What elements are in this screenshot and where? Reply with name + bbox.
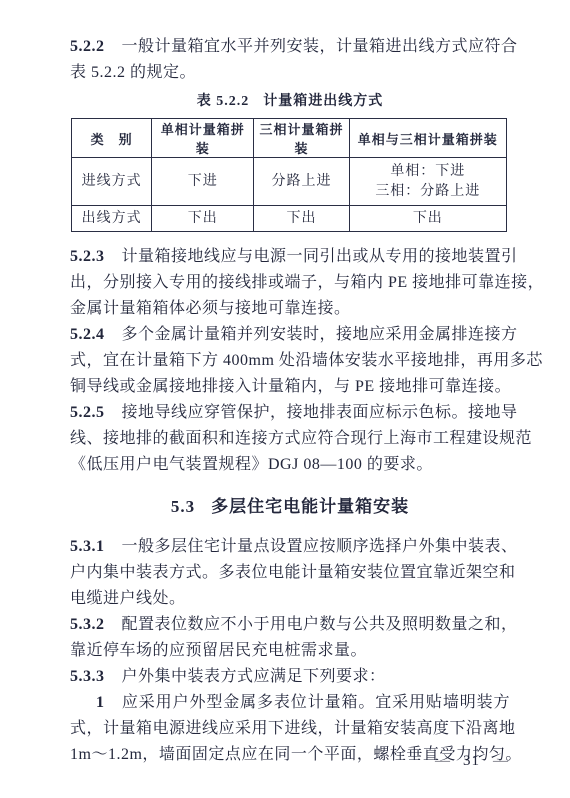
- clause-5.2.5: 5.2.5接地导线应穿管保护，接地排表面应标示色标。接地导线、接地排的截面积和连…: [70, 400, 510, 478]
- cell-text: 下出: [154, 209, 251, 229]
- clause-text: 应采用户外型金属多表位计量箱。宜采用贴墙明装方: [122, 694, 511, 711]
- text-line: 靠近停车场的应预留居民充电桩需求量。: [70, 638, 510, 664]
- column-header: 单相与三相计量箱拼装: [349, 119, 506, 158]
- text-line: 5.3.3户外集中装表方式应满足下列要求：: [70, 664, 510, 690]
- clause-text: 出，分别接入专用的接线排或端子，与箱内 PE 接地排可靠连接，: [70, 274, 544, 291]
- page-content: 5.2.2一般计量箱宜水平并列安装，计量箱进出线方式应符合表 5.2.2 的规定…: [70, 34, 510, 768]
- footer-right-dash: —: [493, 753, 508, 770]
- clause-number: 5.3.2: [70, 616, 105, 633]
- table-cell: 下出: [152, 206, 254, 232]
- clause-text: 一般多层住宅计量点设置应按顺序选择户外集中装表、: [122, 538, 518, 555]
- text-line: 式，计量箱电源进线应采用下进线，计量箱安装高度下沿离地: [70, 716, 510, 742]
- page-number: 31: [463, 753, 480, 770]
- text-line: 5.3.1一般多层住宅计量点设置应按顺序选择户外集中装表、: [70, 534, 510, 560]
- table-bottom-spacer: [70, 232, 510, 244]
- clause-5.3.1: 5.3.1一般多层住宅计量点设置应按顺序选择户外集中装表、户内集中装表方式。多表…: [70, 534, 510, 612]
- table-cell: 单相：下进三相：分路上进: [349, 158, 506, 206]
- text-line: 《低压用户电气装置规程》DGJ 08—100 的要求。: [70, 452, 510, 478]
- text-line: 5.2.2一般计量箱宜水平并列安装，计量箱进出线方式应符合: [70, 34, 510, 60]
- section-title: 多层住宅电能计量箱安装: [211, 497, 409, 516]
- cell-text: 下出: [352, 209, 504, 229]
- text-line: 表 5.2.2 的规定。: [70, 60, 510, 86]
- clause-number: 1: [96, 694, 105, 711]
- table-caption: 表 5.2.2计量箱进出线方式: [70, 90, 510, 114]
- table-caption-label: 表 5.2.2: [197, 94, 250, 109]
- clause-text: 式，计量箱电源进线应采用下进线，计量箱安装高度下沿离地: [70, 720, 516, 737]
- clause-text: 靠近停车场的应预留居民充电桩需求量。: [70, 642, 367, 659]
- clause-5.3.3: 5.3.3户外集中装表方式应满足下列要求：: [70, 664, 510, 690]
- section-number: 5.3: [171, 497, 195, 516]
- clause-text: 电缆进户线处。: [70, 590, 186, 607]
- clause-number: 5.3.1: [70, 538, 105, 555]
- cell-text: 下进: [154, 172, 251, 192]
- clause-text: 户外集中装表方式应满足下列要求：: [122, 668, 386, 685]
- footer-left-dash: —: [435, 753, 450, 770]
- table-header-row: 类 别单相计量箱拼装三相计量箱拼装单相与三相计量箱拼装: [72, 119, 507, 158]
- cell-text: 下出: [256, 209, 346, 229]
- text-line: 铜导线或金属接地排接入计量箱内，与 PE 接地排可靠连接。: [70, 374, 510, 400]
- table-caption-title: 计量箱进出线方式: [263, 94, 383, 109]
- clause-number: 5.3.3: [70, 668, 105, 685]
- clause-number: 5.2.5: [70, 404, 105, 421]
- wiring-mode-table: 类 别单相计量箱拼装三相计量箱拼装单相与三相计量箱拼装进线方式下进分路上进单相：…: [71, 118, 507, 232]
- clause-text: 多个金属计量箱并列安装时，接地应采用金属排连接方: [122, 326, 518, 343]
- page-footer: — 31 —: [435, 753, 508, 770]
- column-header: 三相计量箱拼装: [254, 119, 349, 158]
- document-page: 5.2.2一般计量箱宜水平并列安装，计量箱进出线方式应符合表 5.2.2 的规定…: [0, 0, 570, 798]
- section-heading: 5.3多层住宅电能计量箱安装: [70, 494, 510, 520]
- cell-text: 单相：下进: [352, 162, 504, 182]
- table-cell: 出线方式: [72, 206, 152, 232]
- text-line: 5.2.3计量箱接地线应与电源一同引出或从专用的接地装置引: [70, 244, 510, 270]
- clause-number: 5.2.2: [70, 38, 105, 55]
- text-line: 5.3.2配置表位数应不小于用电户数与公共及照明数量之和，: [70, 612, 510, 638]
- clause-text: 配置表位数应不小于用电户数与公共及照明数量之和，: [122, 616, 518, 633]
- table-row: 进线方式下进分路上进单相：下进三相：分路上进: [72, 158, 507, 206]
- clause-5.3.2: 5.3.2配置表位数应不小于用电户数与公共及照明数量之和，靠近停车场的应预留居民…: [70, 612, 510, 664]
- clause-5.2.4: 5.2.4多个金属计量箱并列安装时，接地应采用金属排连接方式，宜在计量箱下方 4…: [70, 322, 510, 400]
- clause-text: 线、接地排的截面积和连接方式应符合现行上海市工程建设规范: [70, 430, 532, 447]
- clause-5.2.3: 5.2.3计量箱接地线应与电源一同引出或从专用的接地装置引出，分别接入专用的接线…: [70, 244, 510, 322]
- text-line: 式，宜在计量箱下方 400mm 处沿墙体安装水平接地排，再用多芯: [70, 348, 510, 374]
- text-line: 1应采用户外型金属多表位计量箱。宜采用贴墙明装方: [70, 690, 510, 716]
- clause-text: 铜导线或金属接地排接入计量箱内，与 PE 接地排可靠连接。: [70, 378, 511, 395]
- cell-text: 分路上进: [256, 172, 346, 192]
- clause-text: 接地导线应穿管保护，接地排表面应标示色标。接地导: [122, 404, 518, 421]
- table-cell: 分路上进: [254, 158, 349, 206]
- text-line: 金属计量箱箱体必须与接地可靠连接。: [70, 296, 510, 322]
- text-line: 户内集中装表方式。多表位电能计量箱安装位置宜靠近架空和: [70, 560, 510, 586]
- text-line: 线、接地排的截面积和连接方式应符合现行上海市工程建设规范: [70, 426, 510, 452]
- clause-text: 户内集中装表方式。多表位电能计量箱安装位置宜靠近架空和: [70, 564, 516, 581]
- cell-text: 出线方式: [74, 209, 149, 229]
- text-line: 出，分别接入专用的接线排或端子，与箱内 PE 接地排可靠连接，: [70, 270, 510, 296]
- table-cell: 下进: [152, 158, 254, 206]
- clause-text: 《低压用户电气装置规程》DGJ 08—100 的要求。: [70, 456, 433, 473]
- table-cell: 下出: [254, 206, 349, 232]
- clause-text: 计量箱接地线应与电源一同引出或从专用的接地装置引: [122, 248, 518, 265]
- clause-number: 5.2.3: [70, 248, 105, 265]
- clause-text: 式，宜在计量箱下方 400mm 处沿墙体安装水平接地排，再用多芯: [70, 352, 543, 369]
- clause-text: 一般计量箱宜水平并列安装，计量箱进出线方式应符合: [122, 38, 518, 55]
- table-cell: 进线方式: [72, 158, 152, 206]
- clause-5.2.2: 5.2.2一般计量箱宜水平并列安装，计量箱进出线方式应符合表 5.2.2 的规定…: [70, 34, 510, 86]
- cell-text: 进线方式: [74, 172, 149, 192]
- clause-text: 金属计量箱箱体必须与接地可靠连接。: [70, 300, 351, 317]
- clause-number: 5.2.4: [70, 326, 105, 343]
- cell-text: 三相：分路上进: [352, 182, 504, 202]
- table-cell: 下出: [349, 206, 506, 232]
- text-line: 电缆进户线处。: [70, 586, 510, 612]
- column-header: 单相计量箱拼装: [152, 119, 254, 158]
- clause-text: 表 5.2.2 的规定。: [70, 64, 196, 81]
- text-line: 5.2.4多个金属计量箱并列安装时，接地应采用金属排连接方: [70, 322, 510, 348]
- column-header: 类 别: [72, 119, 152, 158]
- text-line: 5.2.5接地导线应穿管保护，接地排表面应标示色标。接地导: [70, 400, 510, 426]
- table-row: 出线方式下出下出下出: [72, 206, 507, 232]
